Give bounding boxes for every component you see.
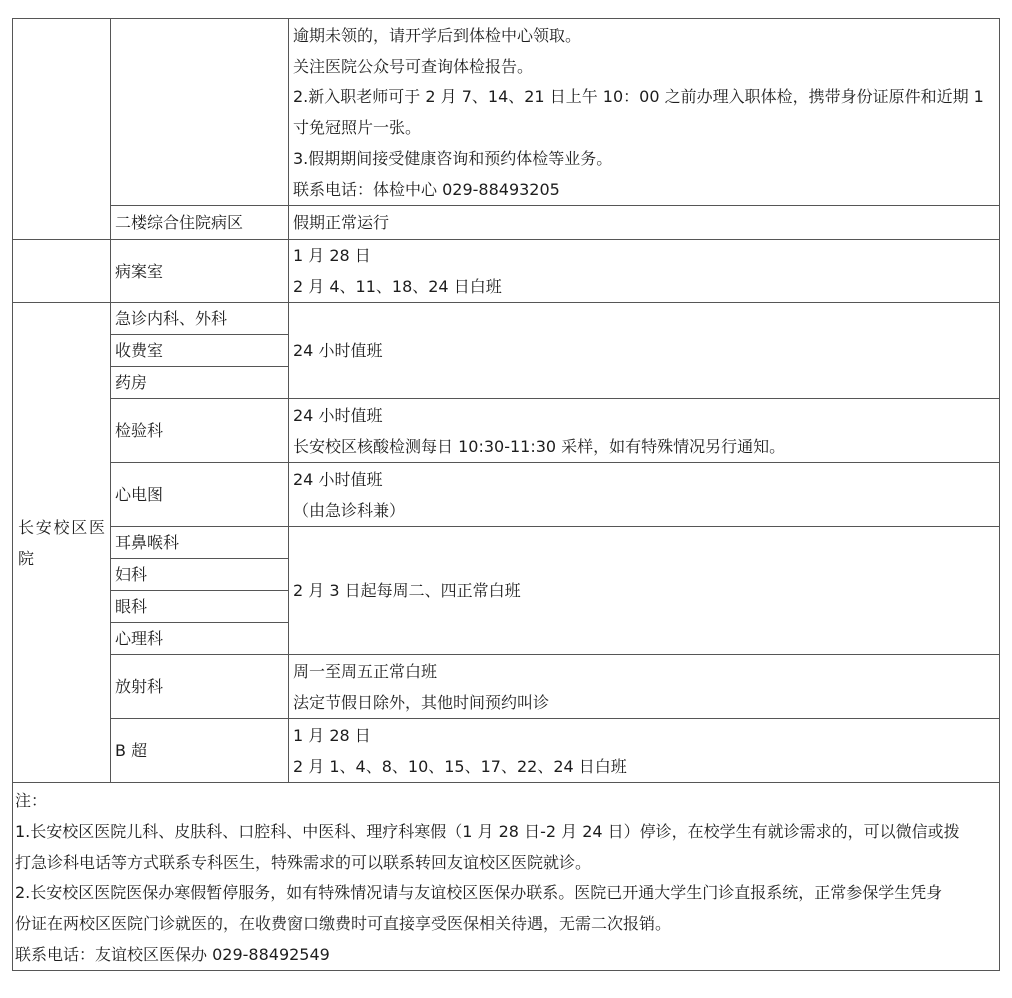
- dept-empty-cell: [111, 19, 289, 206]
- schedule-line: 联系电话：体检中心 029-88493205: [293, 175, 995, 206]
- schedule-cell: 24 小时值班 （由急诊科兼）: [289, 463, 1000, 527]
- table-row: 注： 1.长安校区医院儿科、皮肤科、口腔科、中医科、理疗科寒假（1 月 28 日…: [13, 783, 1000, 971]
- dept-cell: 病案室: [111, 240, 289, 303]
- dept-cell: 检验科: [111, 399, 289, 463]
- health-center-schedule-cell: 逾期未领的，请开学后到体检中心领取。 关注医院公众号可查询体检报告。 2.新入职…: [289, 19, 1000, 206]
- dept-cell: 收费室: [111, 335, 289, 367]
- dept-cell: 妇科: [111, 559, 289, 591]
- table-row: 逾期未领的，请开学后到体检中心领取。 关注医院公众号可查询体检报告。 2.新入职…: [13, 19, 1000, 206]
- schedule-cell: 1 月 28 日 2 月 4、11、18、24 日白班: [289, 240, 1000, 303]
- schedule-line: 寸免冠照片一张。: [293, 113, 995, 144]
- table-row: 二楼综合住院病区 假期正常运行: [13, 206, 1000, 240]
- schedule-line: 3.假期期间接受健康咨询和预约体检等业务。: [293, 144, 995, 175]
- schedule-cell: 周一至周五正常白班 法定节假日除外，其他时间预约叫诊: [289, 655, 1000, 719]
- schedule-cell: 24 小时值班 长安校区核酸检测每日 10:30-11:30 采样，如有特殊情况…: [289, 399, 1000, 463]
- dept-cell: 二楼综合住院病区: [111, 206, 289, 240]
- schedule-line: 1 月 28 日: [293, 720, 995, 751]
- schedule-line: 法定节假日除外，其他时间预约叫诊: [293, 687, 995, 718]
- table-row: 放射科 周一至周五正常白班 法定节假日除外，其他时间预约叫诊: [13, 655, 1000, 719]
- dept-cell: B 超: [111, 719, 289, 783]
- dept-cell: 放射科: [111, 655, 289, 719]
- schedule-line: 24 小时值班: [293, 464, 995, 495]
- note-line: 份证在两校区医院门诊就医的，在收费窗口缴费时可直接享受医保相关待遇，无需二次报销…: [15, 909, 997, 940]
- note-line: 联系电话：友谊校区医保办 029-88492549: [15, 940, 997, 971]
- schedule-cell: 1 月 28 日 2 月 1、4、8、10、15、17、22、24 日白班: [289, 719, 1000, 783]
- dept-cell: 急诊内科、外科: [111, 303, 289, 335]
- schedule-line: 1 月 28 日: [293, 240, 995, 271]
- table-row: 长安校区医院 急诊内科、外科 24 小时值班: [13, 303, 1000, 335]
- schedule-line: 24 小时值班: [293, 400, 995, 431]
- winter-schedule-table: 逾期未领的，请开学后到体检中心领取。 关注医院公众号可查询体检报告。 2.新入职…: [12, 18, 1000, 971]
- schedule-line: （由急诊科兼）: [293, 495, 995, 526]
- schedule-cell: 2 月 3 日起每周二、四正常白班: [289, 527, 1000, 655]
- document-page: 逾期未领的，请开学后到体检中心领取。 关注医院公众号可查询体检报告。 2.新入职…: [0, 0, 1012, 998]
- dept-cell: 耳鼻喉科: [111, 527, 289, 559]
- campus-empty-cell: [13, 19, 111, 240]
- table-row: 心电图 24 小时值班 （由急诊科兼）: [13, 463, 1000, 527]
- campus-cell: 长安校区医院: [13, 303, 111, 783]
- table-row: 检验科 24 小时值班 长安校区核酸检测每日 10:30-11:30 采样，如有…: [13, 399, 1000, 463]
- dept-cell: 药房: [111, 367, 289, 399]
- schedule-line: 2 月 4、11、18、24 日白班: [293, 271, 995, 302]
- table-row: B 超 1 月 28 日 2 月 1、4、8、10、15、17、22、24 日白…: [13, 719, 1000, 783]
- schedule-line: 长安校区核酸检测每日 10:30-11:30 采样，如有特殊情况另行通知。: [293, 431, 995, 462]
- note-line: 1.长安校区医院儿科、皮肤科、口腔科、中医科、理疗科寒假（1 月 28 日-2 …: [15, 817, 997, 848]
- schedule-line: 关注医院公众号可查询体检报告。: [293, 52, 995, 83]
- dept-cell: 心理科: [111, 623, 289, 655]
- dept-cell: 眼科: [111, 591, 289, 623]
- dept-cell: 心电图: [111, 463, 289, 527]
- notes-cell: 注： 1.长安校区医院儿科、皮肤科、口腔科、中医科、理疗科寒假（1 月 28 日…: [13, 783, 1000, 971]
- campus-empty-cell: [13, 240, 111, 303]
- schedule-line: 2.新入职老师可于 2 月 7、14、21 日上午 10：00 之前办理入职体检…: [293, 82, 995, 113]
- schedule-cell: 24 小时值班: [289, 303, 1000, 399]
- schedule-line: 2 月 1、4、8、10、15、17、22、24 日白班: [293, 751, 995, 782]
- schedule-line: 周一至周五正常白班: [293, 656, 995, 687]
- schedule-line: 逾期未领的，请开学后到体检中心领取。: [293, 21, 995, 52]
- table-row: 病案室 1 月 28 日 2 月 4、11、18、24 日白班: [13, 240, 1000, 303]
- note-line: 注：: [15, 786, 997, 817]
- schedule-cell: 假期正常运行: [289, 206, 1000, 240]
- table-row: 耳鼻喉科 2 月 3 日起每周二、四正常白班: [13, 527, 1000, 559]
- note-line: 2.长安校区医院医保办寒假暂停服务，如有特殊情况请与友谊校区医保办联系。医院已开…: [15, 878, 997, 909]
- note-line: 打急诊科电话等方式联系专科医生，特殊需求的可以联系转回友谊校区医院就诊。: [15, 848, 997, 879]
